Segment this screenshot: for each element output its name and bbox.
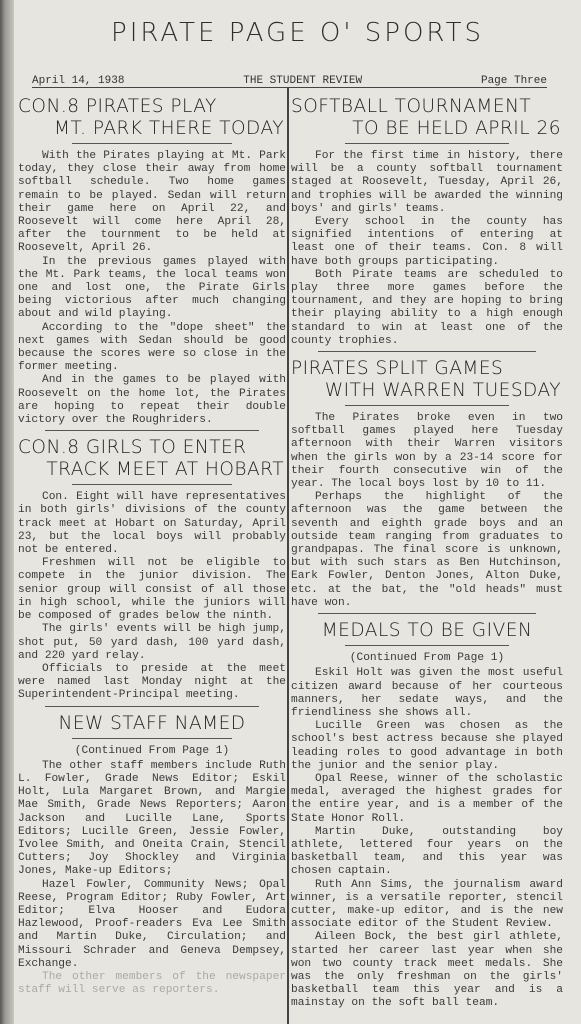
article-headline: CON.8 PIRATES PLAYMT. PARK THERE TODAY — [18, 96, 286, 140]
article-paragraph: With the Pirates playing at Mt. Park tod… — [18, 150, 286, 256]
article-paragraph: The other staff members include Ruth L. … — [18, 760, 286, 879]
article-paragraph: Hazel Fowler, Community News; Opal Reese… — [18, 879, 286, 971]
headline-line: NEW STAFF NAMED — [58, 713, 245, 734]
headline-line: MEDALS TO BE GIVEN — [322, 620, 533, 641]
article: MEDALS TO BE GIVEN(Continued From Page 1… — [291, 620, 563, 1010]
headline-rule — [345, 405, 508, 406]
headline-line: WITH WARREN TUESDAY — [291, 380, 563, 402]
article-paragraph: In the previous games played with the Mt… — [18, 256, 286, 322]
article-paragraph: Ruth Ann Sims, the journalism award winn… — [291, 879, 563, 932]
article: CON.8 PIRATES PLAYMT. PARK THERE TODAYWi… — [18, 96, 286, 431]
paper-name: THE STUDENT REVIEW — [243, 75, 362, 87]
article-paragraph: The other members of the newspaper staff… — [18, 971, 286, 997]
article-paragraph: Con. Eight will have representatives in … — [18, 491, 286, 557]
article-headline: SOFTBALL TOURNAMENTTO BE HELD APRIL 26 — [291, 96, 563, 140]
headline-line: TO BE HELD APRIL 26 — [291, 118, 563, 140]
page-binding-edge — [0, 0, 14, 1024]
newspaper-page: PIRATE PAGE O' SPORTS April 14, 1938 THE… — [14, 0, 581, 1024]
headline-rule — [345, 143, 508, 144]
article-headline: CON.8 GIRLS TO ENTERTRACK MEET AT HOBART — [18, 437, 286, 481]
article-paragraph: Opal Reese, winner of the scholastic med… — [291, 773, 563, 826]
article-paragraph: Every school in the county has signified… — [291, 216, 563, 269]
dateline: April 14, 1938 THE STUDENT REVIEW Page T… — [32, 71, 547, 88]
article-end-rule — [318, 351, 536, 352]
headline-line: CON.8 GIRLS TO ENTER — [18, 437, 286, 459]
headline-line: TRACK MEET AT HOBART — [18, 459, 286, 481]
page-number: Page Three — [481, 75, 547, 87]
headline-rule — [345, 645, 508, 646]
article-headline: PIRATES SPLIT GAMESWITH WARREN TUESDAY — [291, 358, 563, 402]
article: NEW STAFF NAMED(Continued From Page 1)Th… — [18, 713, 286, 998]
article-paragraph: Eskil Holt was given the most useful cit… — [291, 667, 563, 720]
headline-rule — [72, 143, 233, 144]
issue-date: April 14, 1938 — [32, 75, 124, 87]
article: SOFTBALL TOURNAMENTTO BE HELD APRIL 26Fo… — [291, 96, 563, 352]
article-paragraph: Perhaps the highlight of the afternoon w… — [291, 491, 563, 610]
article-paragraph: Lucille Green was chosen as the school's… — [291, 720, 563, 773]
headline-rule — [72, 738, 233, 739]
headline-line: CON.8 PIRATES PLAY — [18, 96, 286, 118]
article-end-rule — [45, 706, 259, 707]
article-paragraph: The Pirates broke even in two softball g… — [291, 412, 563, 491]
headline-line: SOFTBALL TOURNAMENT — [291, 96, 563, 118]
article-paragraph: Officials to preside at the meet were na… — [18, 663, 286, 703]
article-paragraph: Both Pirate teams are scheduled to play … — [291, 269, 563, 348]
article-paragraph: Martin Duke, outstanding boy athlete, le… — [291, 826, 563, 879]
article-paragraph: For the first time in history, there wil… — [291, 150, 563, 216]
headline-line: MT. PARK THERE TODAY — [18, 118, 286, 140]
article-paragraph: Aileen Bock, the best girl athlete, star… — [291, 931, 563, 1010]
masthead-title: PIRATE PAGE O' SPORTS — [14, 18, 581, 48]
headline-line: PIRATES SPLIT GAMES — [291, 358, 563, 380]
article-paragraph: Freshmen will not be eligible to compete… — [18, 557, 286, 623]
article-end-rule — [318, 613, 536, 614]
headline-rule — [72, 484, 233, 485]
article-subhead: (Continued From Page 1) — [18, 745, 286, 758]
article-paragraph: According to the "dope sheet" the next g… — [18, 322, 286, 375]
article: PIRATES SPLIT GAMESWITH WARREN TUESDAYTh… — [291, 358, 563, 614]
article-paragraph: And in the games to be played with Roose… — [18, 374, 286, 427]
article-headline: NEW STAFF NAMED — [18, 713, 286, 735]
article-end-rule — [45, 430, 259, 431]
right-column: SOFTBALL TOURNAMENTTO BE HELD APRIL 26Fo… — [287, 90, 563, 1011]
article-subhead: (Continued From Page 1) — [291, 652, 563, 665]
article-paragraph: The girls' events will be high jump, sho… — [18, 623, 286, 663]
article-headline: MEDALS TO BE GIVEN — [291, 620, 563, 642]
left-column: CON.8 PIRATES PLAYMT. PARK THERE TODAYWi… — [18, 90, 286, 997]
article: CON.8 GIRLS TO ENTERTRACK MEET AT HOBART… — [18, 437, 286, 706]
